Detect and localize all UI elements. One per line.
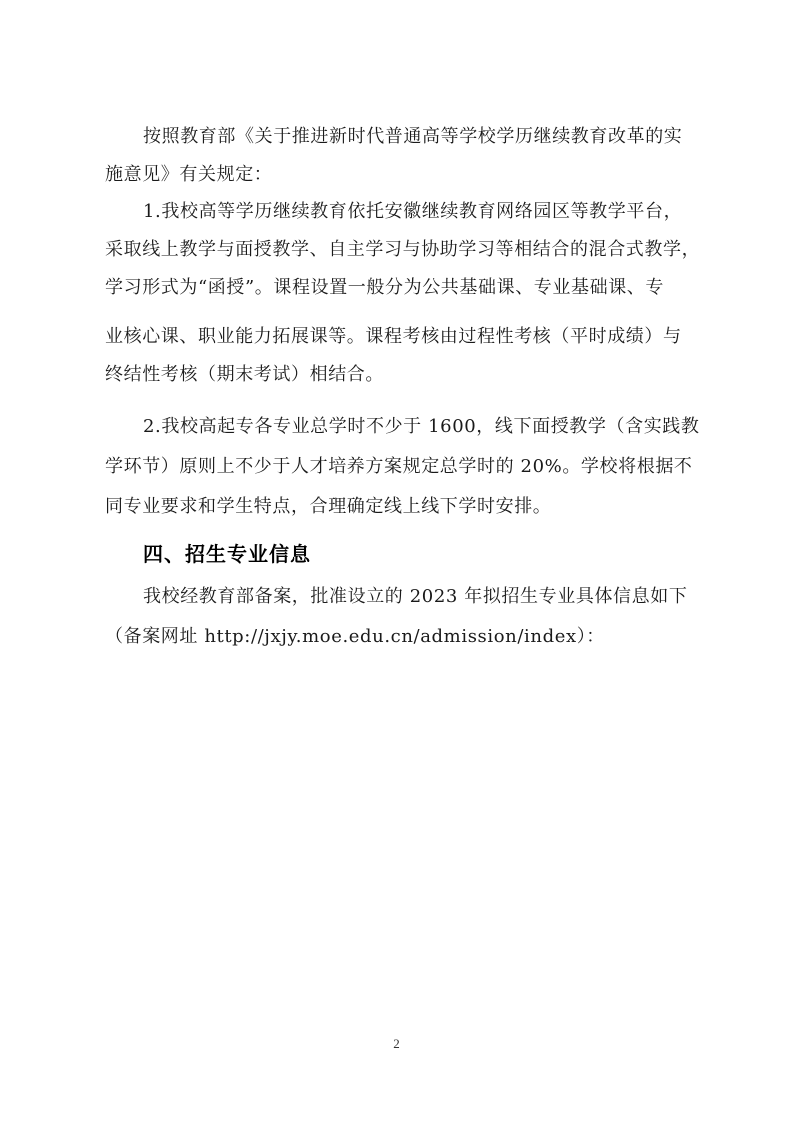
document-page: 按照教育部《关于推进新时代普通高等学校学历继续教育改革的实 施意见》有关规定： … — [0, 0, 793, 1122]
item-1-line-1: 1.我校高等学历继续教育依托安徽继续教育网络园区等教学平台， — [143, 200, 682, 224]
item-1-line-5: 终结性考核（期末考试）相结合。 — [105, 363, 384, 387]
intro-line-1: 按照教育部《关于推进新时代普通高等学校学历继续教育改革的实 — [143, 125, 682, 149]
item-2-line-1: 2.我校高起专各专业总学时不少于 1600，线下面授教学（含实践教 — [143, 415, 700, 439]
intro-line-2: 施意见》有关规定： — [105, 163, 272, 187]
page-number: 2 — [0, 1036, 793, 1052]
section-line-2: （备案网址 http://jxjy.moe.edu.cn/admission/i… — [105, 625, 605, 649]
item-1-line-2: 采取线上教学与面授教学、自主学习与协助学习等相结合的混合式教学， — [105, 238, 700, 262]
section-line-1: 我校经教育部备案，批准设立的 2023 年拟招生专业具体信息如下 — [143, 585, 687, 609]
item-1-line-4: 业核心课、职业能力拓展课等。课程考核由过程性考核（平时成绩）与 — [105, 325, 682, 349]
item-1-line-3: 学习形式为“函授”。课程设置一般分为公共基础课、专业基础课、专 — [105, 276, 664, 300]
item-2-line-3: 同专业要求和学生特点，合理确定线上线下学时安排。 — [105, 495, 551, 519]
section-heading: 四、招生专业信息 — [143, 538, 311, 567]
item-2-line-2: 学环节）原则上不少于人才培养方案规定总学时的 20%。学校将根据不 — [105, 455, 693, 479]
